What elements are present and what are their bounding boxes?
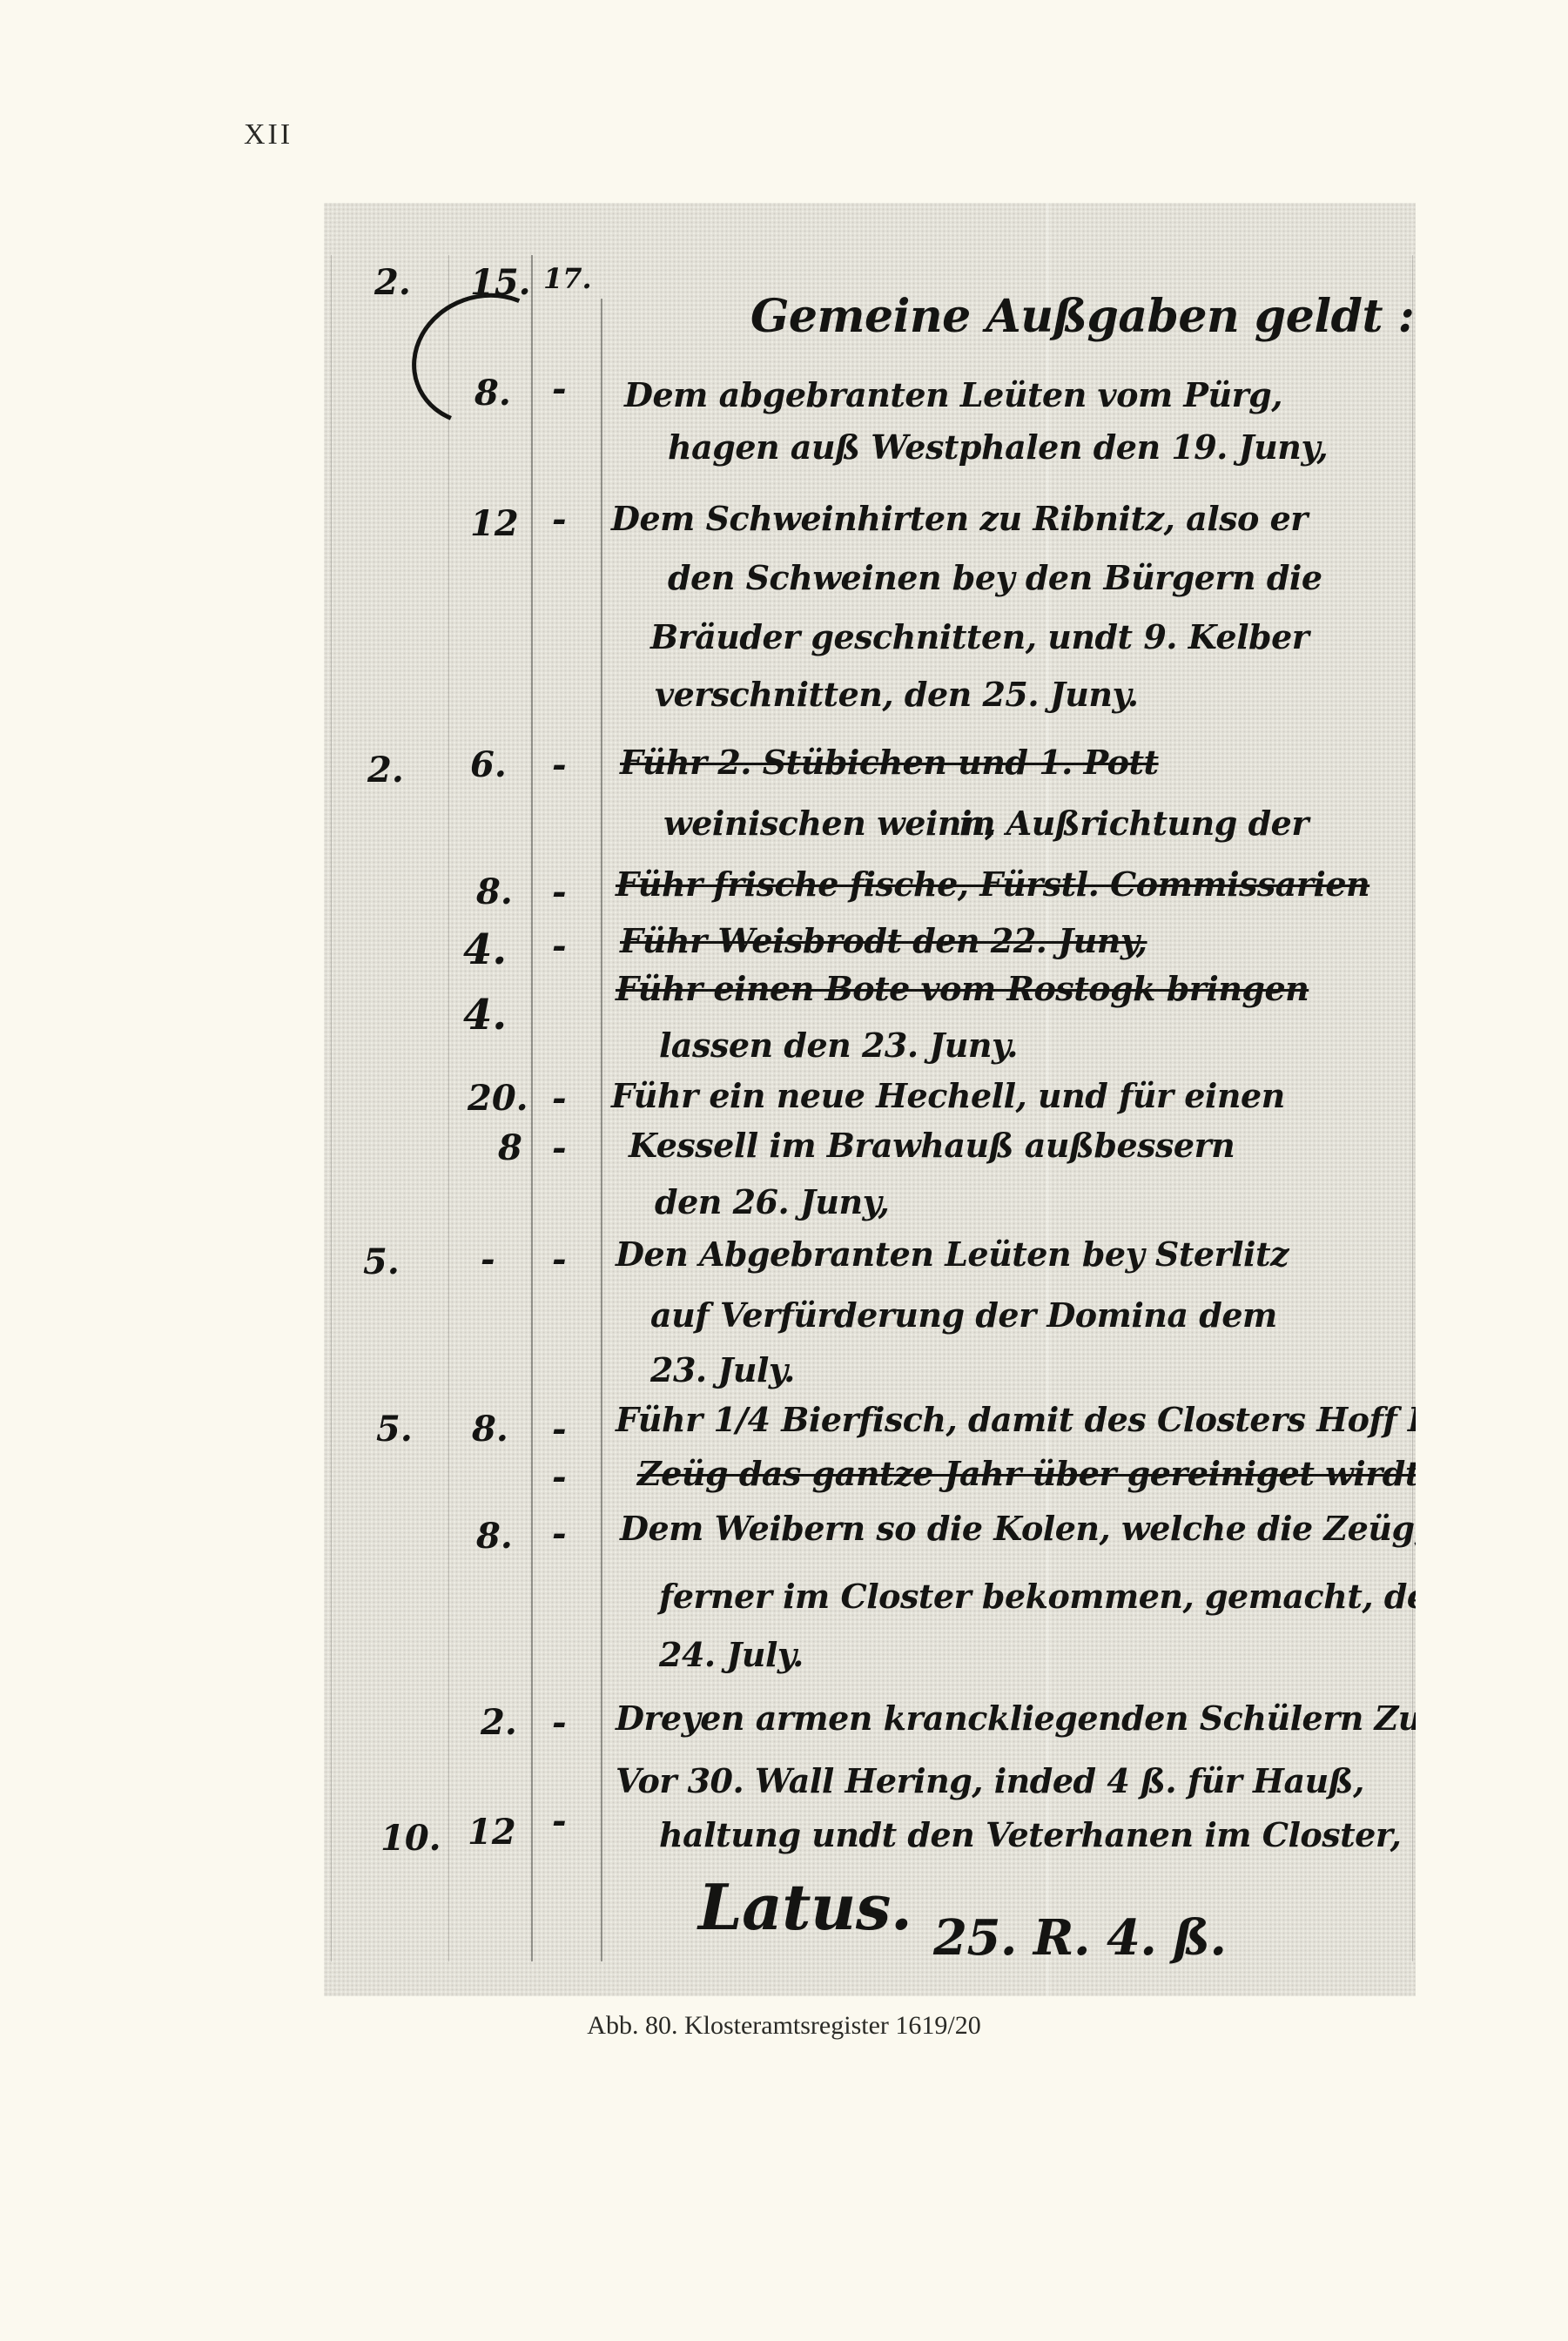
- heading-title: Gemeine Außgaben geldt :: [750, 290, 1414, 343]
- manuscript-plate: 2. 15. 17. Gemeine Außgaben geldt : 8. -…: [324, 203, 1416, 1996]
- total-value: 25. R. 4. ß.: [933, 1909, 1226, 1967]
- amount-col2: 2.: [481, 1702, 517, 1743]
- entry-text: 24. July.: [659, 1635, 804, 1674]
- entry-text: lassen den 23. Juny.: [659, 1026, 1018, 1065]
- amount-col3: -: [552, 925, 567, 966]
- amount-col3: -: [552, 1239, 567, 1280]
- entry-text: Den Abgebranten Leüten bey Sterlitz: [616, 1234, 1289, 1274]
- entry-text: Dreyen armen kranckliegenden Schülern Zu…: [616, 1699, 1416, 1738]
- amount-col2: 8.: [476, 871, 513, 912]
- amount-col3: -: [552, 1078, 567, 1119]
- heading-amount-col1: 2.: [374, 262, 411, 303]
- entry-text: Führ 2. Stübichen und 1. Pott: [620, 743, 1159, 782]
- amount-col2: 4.: [463, 925, 507, 974]
- entry-text: ferner im Closter bekommen, gemacht, den: [659, 1577, 1416, 1616]
- entry-text: in Außrichtung der: [959, 804, 1309, 843]
- column-rule: [331, 255, 332, 1961]
- entry-text: Vor 30. Wall Hering, inded 4 ß. für Hauß…: [616, 1761, 1364, 1800]
- amount-col2: 6.: [470, 744, 507, 785]
- entry-text: Führ 1/4 Bierfisch, damit des Closters H…: [616, 1400, 1416, 1439]
- heading-flourish: [393, 272, 576, 446]
- entry-text: auf Verfürderung der Domina dem: [650, 1295, 1277, 1335]
- page-number: XII: [244, 118, 293, 151]
- entry-text: Bräuder geschnitten, undt 9. Kelber: [650, 617, 1309, 656]
- entry-text: Führ frische fische, Fürstl. Commissarie…: [616, 864, 1369, 904]
- entry-text: Dem abgebranten Leüten vom Pürg,: [624, 375, 1282, 414]
- entry-text: haltung undt den Veterhanen im Closter,: [659, 1815, 1401, 1854]
- entry-text: Führ einen Bote vom Rostogk bringen: [616, 969, 1309, 1008]
- amount-col3: -: [552, 1513, 567, 1554]
- entry-text: hagen auß Westphalen den 19. Juny,: [668, 427, 1328, 467]
- entry-text: Dem Weibern so die Kolen, welche die Zeü…: [620, 1509, 1416, 1548]
- entry-text: Kessell im Brawhauß außbessern: [629, 1126, 1235, 1165]
- column-rule: [531, 255, 533, 1961]
- entry-text: Dem Schweinhirten zu Ribnitz, also er: [611, 499, 1308, 538]
- amount-col1: 2.: [367, 750, 404, 790]
- amount-col3: -: [552, 871, 567, 912]
- entry-text: weinischen weinn,: [663, 804, 996, 843]
- amount-col2: 8.: [476, 1516, 513, 1557]
- amount-col3: -: [552, 1800, 567, 1841]
- entry-text: den 26. Juny,: [655, 1182, 889, 1221]
- amount-col2: 12: [468, 1812, 516, 1853]
- amount-col3: -: [552, 1702, 567, 1743]
- heading-amount-col3: 17.: [543, 262, 592, 295]
- amount-col2: 8: [498, 1127, 522, 1168]
- amount-col3: -: [552, 1127, 567, 1168]
- entry-text: Führ Weisbrodt den 22. Juny,: [620, 921, 1147, 960]
- entry-text: verschnitten, den 25. Juny.: [655, 675, 1139, 714]
- amount-col1: 5.: [376, 1409, 413, 1450]
- amount-col2: -: [481, 1239, 495, 1280]
- amount-col1: 10.: [380, 1818, 441, 1859]
- figure-caption: Abb. 80. Klosteramtsregister 1619/20: [0, 2011, 1568, 2041]
- amount-col2: 8.: [472, 1409, 508, 1450]
- amount-col3: -: [552, 1456, 567, 1497]
- entry-text: 23. July.: [650, 1350, 795, 1389]
- entry-text: Zeüg das gantze Jahr über gereiniget wir…: [637, 1454, 1416, 1493]
- amount-col3: -: [552, 744, 567, 785]
- amount-col3: -: [552, 499, 567, 540]
- amount-col2: 12: [470, 503, 519, 544]
- entry-text: den Schweinen bey den Bürgern die: [668, 558, 1322, 597]
- amount-col2: 4.: [463, 991, 507, 1039]
- column-rule: [601, 299, 602, 1961]
- amount-col2: 8.: [474, 373, 511, 414]
- amount-col3: -: [552, 368, 567, 409]
- total-label: Latus.: [698, 1870, 912, 1944]
- amount-col2: 20.: [468, 1078, 528, 1119]
- entry-text: Führ ein neue Hechell, und für einen: [611, 1076, 1285, 1115]
- amount-col3: -: [552, 1409, 567, 1450]
- column-rule: [448, 255, 449, 1961]
- amount-col1: 5.: [363, 1241, 400, 1282]
